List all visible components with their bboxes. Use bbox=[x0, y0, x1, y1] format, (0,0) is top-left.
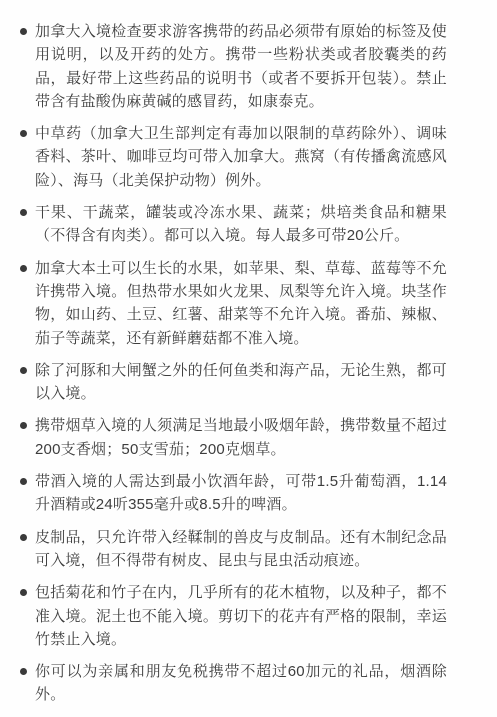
bullet-icon bbox=[20, 130, 27, 137]
bullet-icon bbox=[20, 265, 27, 272]
list-item: 加拿大入境检查要求游客携带的药品必须带有原始的标签及使用说明，以及开药的处方。携… bbox=[0, 20, 497, 113]
bullet-icon bbox=[20, 422, 27, 429]
list-item: 中草药（加拿大卫生部判定有毒加以限制的草药除外）、调味香料、茶叶、咖啡豆均可带入… bbox=[0, 122, 497, 192]
bullet-icon bbox=[20, 668, 27, 675]
list-item-text: 包括菊花和竹子在内，几乎所有的花木植物，以及种子，都不准入境。泥土也不能入境。剪… bbox=[35, 584, 447, 648]
bullet-icon bbox=[20, 28, 27, 35]
customs-rules-page: 加拿大入境检查要求游客携带的药品必须带有原始的标签及使用说明，以及开药的处方。携… bbox=[0, 0, 497, 717]
list-item: 包括菊花和竹子在内，几乎所有的花木植物，以及种子，都不准入境。泥土也不能入境。剪… bbox=[0, 581, 497, 651]
bullet-icon bbox=[20, 367, 27, 374]
list-item: 除了河豚和大闸蟹之外的任何鱼类和海产品，无论生熟，都可以入境。 bbox=[0, 359, 497, 406]
list-item: 皮制品，只允许带入经鞣制的兽皮与皮制品。还有木制纪念品可入境，但不得带有树皮、昆… bbox=[0, 526, 497, 573]
bullet-icon bbox=[20, 534, 27, 541]
bullet-icon bbox=[20, 589, 27, 596]
list-item: 干果、干蔬菜，罐装或冷冻水果、蔬菜；烘培类食品和糖果（不得含有肉类）。都可以入境… bbox=[0, 201, 497, 248]
list-item-text: 除了河豚和大闸蟹之外的任何鱼类和海产品，无论生熟，都可以入境。 bbox=[35, 362, 447, 402]
customs-rules-list: 加拿大入境检查要求游客携带的药品必须带有原始的标签及使用说明，以及开药的处方。携… bbox=[0, 0, 497, 707]
list-item: 携带烟草入境的人须满足当地最小吸烟年龄，携带数量不超过200支香烟；50支雪茄；… bbox=[0, 414, 497, 461]
list-item-text: 中草药（加拿大卫生部判定有毒加以限制的草药除外）、调味香料、茶叶、咖啡豆均可带入… bbox=[35, 125, 447, 189]
list-item-text: 携带烟草入境的人须满足当地最小吸烟年龄，携带数量不超过200支香烟；50支雪茄；… bbox=[35, 417, 447, 457]
list-item-text: 带酒入境的人需达到最小饮酒年龄，可带1.5升葡萄酒，1.14升酒精或24听355… bbox=[35, 473, 447, 513]
list-item-text: 加拿大入境检查要求游客携带的药品必须带有原始的标签及使用说明，以及开药的处方。携… bbox=[35, 23, 447, 110]
list-item-text: 干果、干蔬菜，罐装或冷冻水果、蔬菜；烘培类食品和糖果（不得含有肉类）。都可以入境… bbox=[35, 204, 447, 244]
list-item-text: 皮制品，只允许带入经鞣制的兽皮与皮制品。还有木制纪念品可入境，但不得带有树皮、昆… bbox=[35, 529, 447, 569]
list-item: 带酒入境的人需达到最小饮酒年龄，可带1.5升葡萄酒，1.14升酒精或24听355… bbox=[0, 470, 497, 517]
list-item-text: 你可以为亲属和朋友免税携带不超过60加元的礼品，烟酒除外。 bbox=[35, 663, 447, 703]
bullet-icon bbox=[20, 478, 27, 485]
list-item-text: 加拿大本土可以生长的水果，如苹果、梨、草莓、蓝莓等不允许携带入境。但热带水果如火… bbox=[35, 260, 447, 347]
bullet-icon bbox=[20, 209, 27, 216]
list-item: 加拿大本土可以生长的水果，如苹果、梨、草莓、蓝莓等不允许携带入境。但热带水果如火… bbox=[0, 257, 497, 350]
list-item: 你可以为亲属和朋友免税携带不超过60加元的礼品，烟酒除外。 bbox=[0, 660, 497, 707]
